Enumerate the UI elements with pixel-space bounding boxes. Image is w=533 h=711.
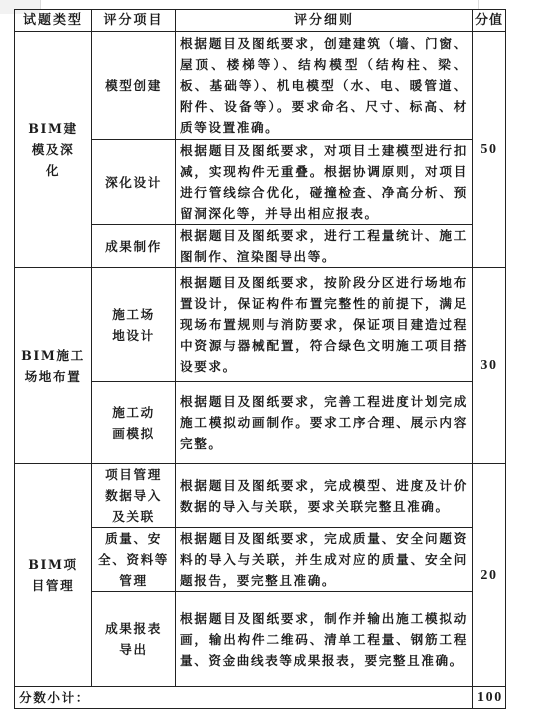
score-cell: 20 bbox=[473, 464, 506, 687]
scoring-item-cell: 施工动画模拟 bbox=[92, 382, 176, 464]
scoring-table: 试题类型 评分项目 评分细则 分值 BIM建模及深化 模型创建 根据题目及图纸要… bbox=[14, 9, 506, 709]
table-row: BIM项目管理 项目管理数据导入及关联 根据题目及图纸要求，完成模型、进度及计价… bbox=[15, 464, 506, 528]
scoring-detail-cell: 根据题目及图纸要求，制作并输出施工模拟动画，输出构件二维码、清单工程量、钢筋工程… bbox=[176, 592, 473, 687]
scoring-item-cell: 成果报表导出 bbox=[92, 592, 176, 687]
scoring-item-cell: 质量、安全、资料等管理 bbox=[92, 528, 176, 592]
scoring-detail-cell: 根据题目及图纸要求，按阶段分区进行场地布置设计，保证构件布置完整性的前提下，满足… bbox=[176, 268, 473, 382]
scoring-item-cell: 项目管理数据导入及关联 bbox=[92, 464, 176, 528]
header-question-type: 试题类型 bbox=[15, 10, 92, 32]
table-header-row: 试题类型 评分项目 评分细则 分值 bbox=[15, 10, 506, 32]
question-type-cell: BIM建模及深化 bbox=[15, 32, 92, 268]
header-score: 分值 bbox=[473, 10, 506, 32]
scoring-item-cell: 施工场地设计 bbox=[92, 268, 176, 382]
scoring-detail-cell: 根据题目及图纸要求，创建建筑（墙、门窗、屋顶、楼梯等）、结构模型（结构柱、梁、板… bbox=[176, 32, 473, 140]
table-row: BIM施工场地布置 施工场地设计 根据题目及图纸要求，按阶段分区进行场地布置设计… bbox=[15, 268, 506, 382]
scoring-item-cell: 成果制作 bbox=[92, 225, 176, 268]
scoring-detail-cell: 根据题目及图纸要求，完善工程进度计划完成施工模拟动画制作。要求工序合理、展示内容… bbox=[176, 382, 473, 464]
scoring-detail-cell: 根据题目及图纸要求，完成质量、安全问题资料的导入与关联，并生成对应的质量、安全问… bbox=[176, 528, 473, 592]
scoring-detail-cell: 根据题目及图纸要求，完成模型、进度及计价数据的导入与关联，要求关联完整且准确。 bbox=[176, 464, 473, 528]
header-scoring-detail: 评分细则 bbox=[176, 10, 473, 32]
question-type-cell: BIM施工场地布置 bbox=[15, 268, 92, 464]
table-row: BIM建模及深化 模型创建 根据题目及图纸要求，创建建筑（墙、门窗、屋顶、楼梯等… bbox=[15, 32, 506, 140]
question-type-cell: BIM项目管理 bbox=[15, 464, 92, 687]
cut-off-text-line bbox=[0, 703, 533, 711]
scoring-item-cell: 模型创建 bbox=[92, 32, 176, 140]
scoring-item-cell: 深化设计 bbox=[92, 140, 176, 225]
scoring-detail-cell: 根据题目及图纸要求，对项目土建模型进行扣减，实现构件无重叠。根据协调原则，对项目… bbox=[176, 140, 473, 225]
score-cell: 30 bbox=[473, 268, 506, 464]
score-cell: 50 bbox=[473, 32, 506, 268]
scoring-detail-cell: 根据题目及图纸要求，进行工程量统计、施工图制作、渲染图导出等。 bbox=[176, 225, 473, 268]
header-scoring-item: 评分项目 bbox=[92, 10, 176, 32]
